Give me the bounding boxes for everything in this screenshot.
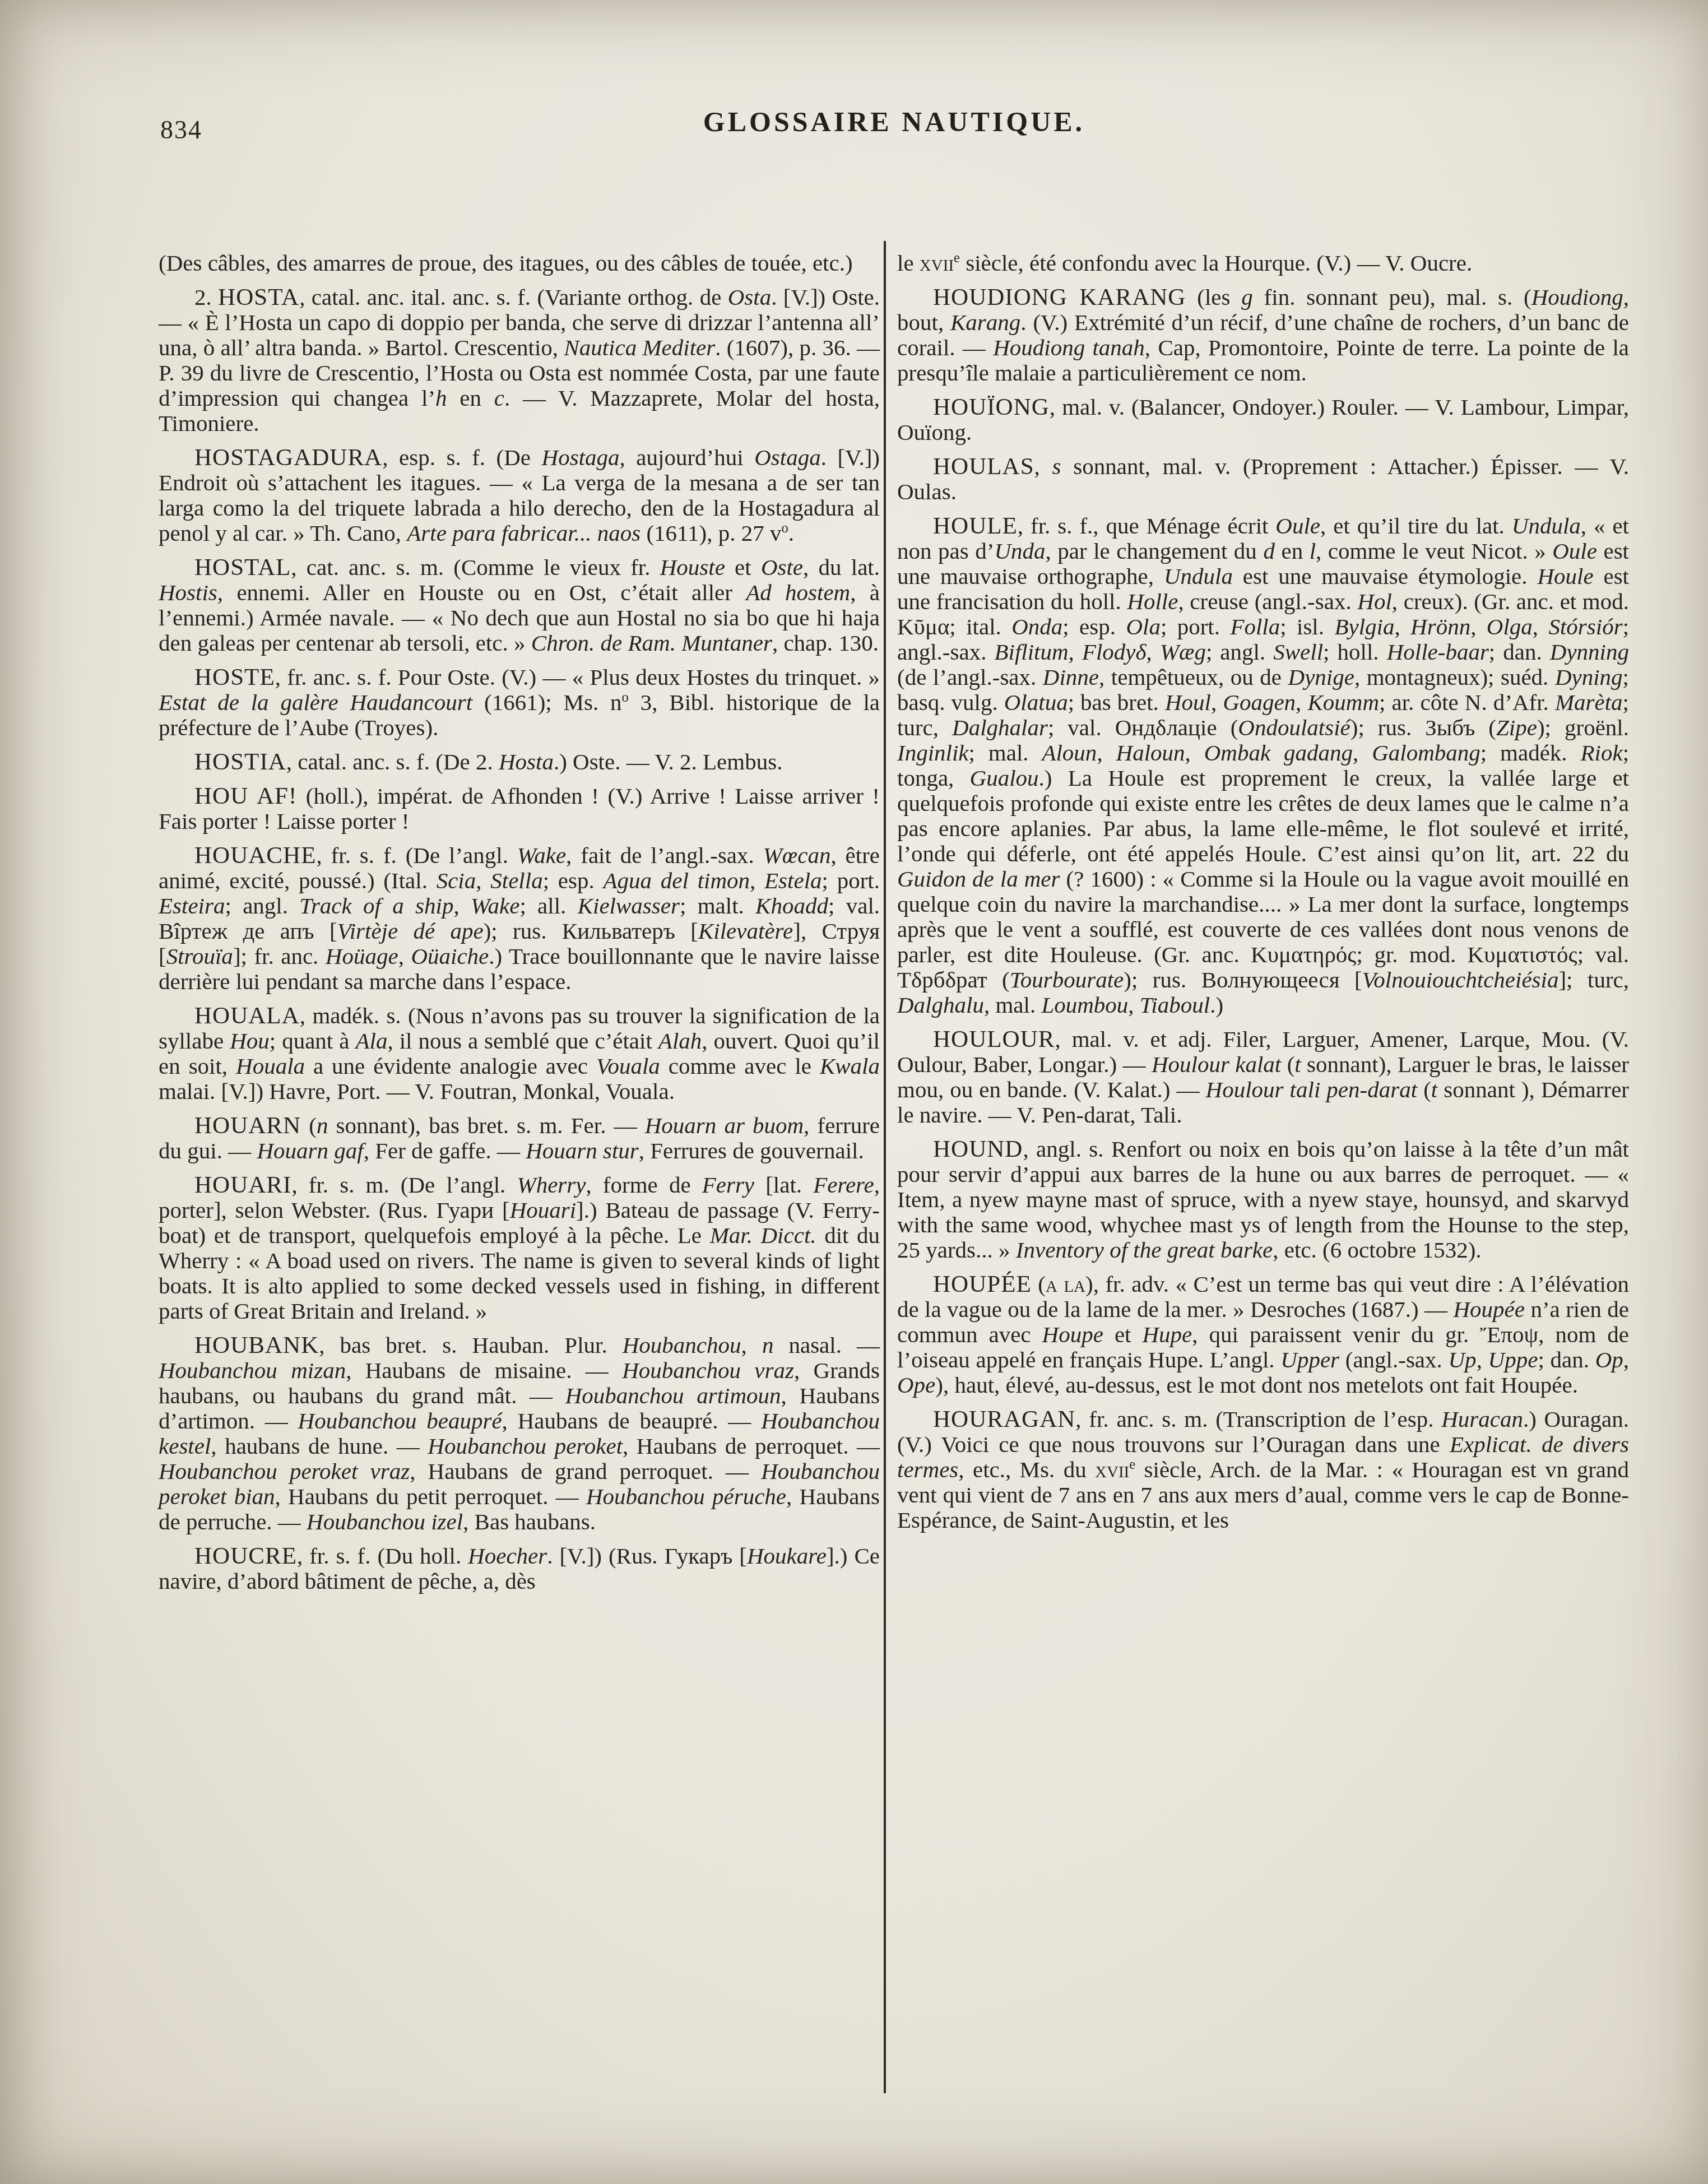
text-segment: n (317, 1112, 328, 1138)
text-segment: Houbanchou peroket vraz (159, 1458, 410, 1484)
text-segment: Mar. Dicct. (710, 1222, 816, 1248)
entry-headword: HOUDIONG KARANG (933, 284, 1186, 310)
text-segment: ; port. (822, 868, 880, 893)
text-segment: ; ar. côte N. d’Afr. (1379, 689, 1555, 715)
text-segment: , (1128, 992, 1140, 1018)
entry-headword: HOSTIA (194, 749, 286, 775)
text-segment: ), haut, élevé, au-dessus, est le mot do… (935, 1372, 1578, 1398)
text-segment: Wake (471, 893, 519, 919)
text-segment: Ad hostem (746, 579, 850, 605)
glossary-entry: HOURAGAN, fr. anc. s. m. (Transcription … (897, 1407, 1629, 1533)
page: 834 GLOSSAIRE NAUTIQUE. (Des câbles, des… (0, 0, 1708, 2184)
text-segment: en (1275, 538, 1310, 564)
entry-headword: HOULE (933, 513, 1018, 539)
text-segment: Houl (1165, 689, 1211, 715)
text-segment: Houle (1537, 563, 1593, 589)
text-segment: , (398, 943, 411, 969)
text-segment: en (447, 385, 494, 411)
text-segment: Hupe (1142, 1321, 1192, 1347)
text-segment: ); rus. Волнующееся [ (1124, 967, 1362, 993)
text-segment: Ostaga (754, 444, 820, 470)
text-segment: Gualou (970, 765, 1039, 791)
text-segment: .) Oste. — V. 2. Lembus. (554, 749, 782, 775)
text-segment: Zipe (1496, 715, 1537, 740)
text-segment: Riok (1580, 740, 1622, 766)
entry-headword: HOSTAGADURA (194, 444, 382, 471)
text-segment: Estela (764, 868, 821, 893)
text-segment: et (1103, 1321, 1143, 1347)
text-segment: ; quant à (270, 1028, 356, 1054)
glossary-entry: HOULE, fr. s. f., que Ménage écrit Oule,… (897, 513, 1629, 1018)
text-segment: , comme le veut Nicot. » (1316, 538, 1552, 564)
text-segment: ; malt. (680, 893, 755, 919)
text-segment: Agua del timon (603, 868, 750, 893)
text-segment: , chap. 130. (772, 630, 879, 656)
text-segment: (1661); Ms. n (472, 689, 621, 715)
text-segment: , (1533, 614, 1549, 639)
entry-headword: HOUCRE (194, 1543, 297, 1569)
text-segment: ]; turc, (1558, 967, 1629, 993)
text-segment: Dynning (1550, 639, 1629, 665)
text-segment: Ope (897, 1372, 935, 1398)
text-segment: Upper (1280, 1347, 1339, 1372)
text-segment: Houbanchou artimoun (565, 1383, 781, 1408)
text-segment: o (781, 521, 788, 536)
text-segment: n (762, 1332, 774, 1358)
text-segment: Virtèje dé ape (337, 918, 484, 944)
text-segment: Tourbourate (1010, 967, 1124, 993)
text-segment: , catal. anc. s. f. (De 2. (286, 749, 499, 775)
glossary-entry: HOUARI, fr. s. m. (De l’angl. Wherry, fo… (159, 1172, 880, 1324)
text-segment: Oste (761, 554, 803, 580)
text-segment: , cat. anc. s. m. (Comme le vieux fr. (291, 554, 660, 580)
text-segment: xvii (920, 250, 954, 276)
text-segment: ; angl. (225, 893, 299, 919)
text-segment: Khoadd (755, 893, 828, 919)
text-segment: , Haubans de misaine. — (346, 1357, 622, 1383)
text-segment: Scia (437, 868, 476, 893)
text-segment: Onda (1011, 614, 1062, 639)
text-segment: Houala (236, 1053, 305, 1079)
entry-headword: HOURAGAN (933, 1406, 1075, 1432)
text-segment: [lat. (754, 1172, 813, 1198)
column-divider (884, 241, 886, 2093)
text-segment: , bas bret. s. Hauban. Plur. (319, 1332, 623, 1358)
text-segment: Estat de la galère Haudancourt (159, 689, 472, 715)
text-segment: ; mal. (969, 740, 1042, 766)
text-segment: , (1353, 740, 1372, 766)
text-segment: , etc., Ms. du (958, 1457, 1095, 1482)
text-segment: Hou (230, 1028, 270, 1054)
glossary-entry: HOSTAGADURA, esp. s. f. (De Hostaga, auj… (159, 445, 880, 546)
text-segment: ; isl. (1280, 614, 1334, 639)
text-segment: ); rus. Кильватеръ [ (484, 918, 698, 944)
text-segment: ; angl. (1206, 639, 1273, 665)
text-segment: , (1185, 740, 1204, 766)
text-segment: g (1241, 284, 1253, 310)
text-segment: Wæg (1160, 639, 1206, 665)
entry-headword: HOSTAL (194, 554, 291, 581)
text-segment: Loumbou (1041, 992, 1128, 1018)
text-segment: Holle (1127, 588, 1178, 614)
text-segment: fin. sonnant peu), mal. s. ( (1253, 284, 1531, 310)
text-segment: , (1069, 639, 1082, 665)
entry-headword: HOSTE (194, 664, 275, 690)
text-segment: , fr. s. m. (De l’angl. (291, 1172, 517, 1198)
text-segment: Ala (355, 1028, 387, 1054)
text-segment: , (1296, 689, 1307, 715)
text-segment: Houarn stur (526, 1138, 639, 1163)
text-segment: , par le changement du (1045, 538, 1263, 564)
text-segment: ; esp. (1062, 614, 1126, 639)
text-segment: Dalghalu (897, 992, 984, 1018)
glossary-entry: 2. HOSTA, catal. anc. ital. anc. s. f. (… (159, 285, 880, 436)
text-segment: Kwala (820, 1053, 880, 1079)
glossary-entry: HOSTIA, catal. anc. s. f. (De 2. Hosta.)… (159, 749, 880, 775)
text-segment: Houarn ar buom (645, 1112, 804, 1138)
text-segment: , du lat. (803, 554, 880, 580)
text-segment: Hoecher (468, 1543, 547, 1569)
text-segment: Olatua (1004, 689, 1068, 715)
text-segment: , montagneux); suéd. (1354, 664, 1555, 690)
text-segment: Ondoulatsié (1238, 715, 1350, 740)
text-segment: ( (1032, 1271, 1046, 1297)
entry-headword: HOUACHE (194, 842, 316, 869)
text-segment: Houpe (1042, 1321, 1103, 1347)
text-segment: est une mauvaise étymologie. (1233, 563, 1538, 589)
entry-continuation: (Des câbles, des amarres de proue, des i… (159, 251, 880, 276)
text-segment: ; dan. (1538, 1347, 1595, 1372)
text-segment: Kilevatère (698, 918, 793, 944)
text-segment: , (1147, 639, 1160, 665)
text-segment: Koumm (1307, 689, 1379, 715)
text-segment: (1611), p. 27 v (640, 520, 781, 546)
text-segment: Inventory of the great barke (1016, 1237, 1273, 1263)
text-segment: Dinne (1043, 664, 1099, 690)
text-segment: xvii (1095, 1457, 1129, 1482)
glossary-entry: HOUACHE, fr. s. f. (De l’angl. Wake, fai… (159, 843, 880, 994)
text-segment: , (1477, 1347, 1488, 1372)
text-segment: Chron. de Ram. Muntaner (531, 630, 772, 656)
text-segment: Volnouiouchtcheiésia (1362, 967, 1559, 993)
text-segment: , Bas haubans. (463, 1509, 596, 1534)
page-title: GLOSSAIRE NAUTIQUE. (159, 105, 1630, 138)
text-segment: , (1211, 689, 1223, 715)
text-segment: ; all. (519, 893, 577, 919)
text-segment: Wake (517, 842, 566, 868)
text-segment: Track of a ship (299, 893, 453, 919)
text-segment: , etc. (6 octobre 1532). (1273, 1237, 1481, 1263)
text-segment: s (1052, 453, 1061, 479)
text-segment: Houpée (1454, 1296, 1525, 1322)
glossary-entry: HOUPÉE (a la), fr. adv. « C’est un terme… (897, 1272, 1629, 1398)
text-segment: , tempêtueux, ou de (1099, 664, 1288, 690)
text-segment: Alah (658, 1028, 702, 1054)
text-segment: (angl.-sax. (1339, 1347, 1448, 1372)
text-segment: e (1129, 1457, 1135, 1472)
text-segment: (les (1186, 284, 1241, 310)
text-segment: , et qu’il tire du lat. (1320, 513, 1512, 539)
text-segment: , fr. s. f. (Du holl. (297, 1543, 468, 1569)
text-segment: Uppe (1488, 1347, 1538, 1372)
text-segment: Tiaboul (1140, 992, 1210, 1018)
glossary-entry: HOSTAL, cat. anc. s. m. (Comme le vieux … (159, 555, 880, 656)
text-segment: Bylgia (1334, 614, 1394, 639)
text-segment: a la (1046, 1271, 1085, 1297)
text-segment: c (494, 385, 504, 411)
text-segment: Houdiong (1531, 284, 1623, 310)
text-segment: ; val. Ондδлаціе ( (1048, 715, 1238, 740)
text-segment: Houlour tali pen-darat (1206, 1077, 1418, 1102)
text-segment: Hoüage (326, 943, 398, 969)
text-segment: Holle-baar (1387, 639, 1489, 665)
text-segment: Unda (994, 538, 1045, 564)
text-segment: .) (1210, 992, 1223, 1018)
text-segment: Flodyδ (1082, 639, 1147, 665)
text-segment: o (622, 690, 629, 705)
text-segment: 2. (194, 284, 218, 310)
text-segment: t (1294, 1051, 1301, 1077)
text-segment: ; holl. (1323, 639, 1387, 665)
text-segment: , Fer de gaffe. — (364, 1138, 526, 1163)
text-segment: Hostaga (542, 444, 620, 470)
glossary-entry: HOUARN (n sonnant), bas bret. s. m. Fer.… (159, 1113, 880, 1163)
text-segment: et (725, 554, 761, 580)
text-segment: le (897, 250, 920, 276)
text-segment: ); groënl. (1537, 715, 1629, 740)
text-segment: , (476, 868, 490, 893)
glossary-entry: HOUND, angl. s. Renfort ou noix en bois … (897, 1137, 1629, 1263)
text-segment: Goagen (1223, 689, 1296, 715)
text-segment: Op (1595, 1347, 1623, 1372)
text-segment: , fr. s. f., que Ménage écrit (1018, 513, 1276, 539)
text-segment: t (1431, 1077, 1437, 1102)
text-segment: , (741, 1332, 762, 1358)
text-segment: , creuse (angl.-sax. (1178, 588, 1357, 614)
text-segment: , Haubans de grand perroquet. — (410, 1458, 761, 1484)
text-segment: Stórsiór (1548, 614, 1622, 639)
text-segment: Wherry (517, 1172, 586, 1198)
text-segment: , fr. s. f. (De l’angl. (316, 842, 517, 868)
text-segment: (Des câbles, des amarres de proue, des i… (159, 250, 853, 276)
glossary-entry: HOSTE, fr. anc. s. f. Pour Oste. (V.) — … (159, 665, 880, 740)
text-segment: sonnant), bas bret. s. m. Fer. — (328, 1112, 644, 1138)
text-segment: nasal. — (773, 1332, 880, 1358)
entry-headword: HOU AF! (194, 783, 297, 809)
text-segment: , (750, 868, 764, 893)
text-segment: Houbanchou peroket (428, 1433, 623, 1459)
text-segment: Stella (490, 868, 542, 893)
text-segment: Ola (1126, 614, 1161, 639)
text-segment: Huracan (1441, 1406, 1523, 1432)
text-segment: Houari (510, 1197, 576, 1223)
text-segment: Undula (1164, 563, 1233, 589)
text-segment: malai. [V.]) Havre, Port. — V. Foutran, … (159, 1078, 675, 1104)
text-segment: , haubans de hune. — (211, 1433, 428, 1459)
text-segment: , Haubans de beaupré. — (502, 1408, 762, 1434)
text-segment: Houbanchou mizan (159, 1357, 346, 1383)
entry-headword: HOUALA (194, 1003, 300, 1029)
entry-headword: HOUARI (194, 1172, 291, 1198)
text-segment: ); rus. Зыбъ ( (1350, 715, 1496, 740)
text-segment: , fr. anc. s. m. (Transcription de l’esp… (1075, 1406, 1441, 1432)
entry-headword: HOSTA (218, 284, 299, 310)
text-segment: Undula (1512, 513, 1581, 539)
glossary-entry: HOUALA, madék. s. (Nous n’avons pas su t… (159, 1003, 880, 1104)
text-segment: Houste (660, 554, 725, 580)
text-segment: ; esp. (543, 868, 604, 893)
text-segment: Osta (728, 284, 771, 310)
text-segment: h (435, 385, 447, 411)
text-segment: , aujourd’hui (620, 444, 755, 470)
text-segment: Houbanchou péruche (586, 1483, 786, 1509)
text-segment: , ennemi. Aller en Houste ou en Ost, c’é… (217, 579, 746, 605)
text-segment: Houbanchou izel (307, 1509, 463, 1534)
text-segment: ; port. (1161, 614, 1230, 639)
glossary-entry: HOU AF! (holl.), impérat. de Afhonden ! … (159, 783, 880, 834)
text-segment: Aloun (1042, 740, 1097, 766)
text-segment: Swell (1273, 639, 1323, 665)
text-segment: , fait de l’angl.-sax. (566, 842, 763, 868)
text-segment: Kielwasser (578, 893, 680, 919)
entry-continuation: le xviie siècle, été confondu avec la Ho… (897, 251, 1629, 276)
text-segment: , Haubans de perroquet. — (623, 1433, 880, 1459)
entry-headword: HOUND (933, 1136, 1023, 1162)
entry-headword: HOULOUR (933, 1026, 1055, 1052)
entry-headword: HOUBANK (194, 1332, 319, 1358)
text-segment: , Haubans du petit perroquet. — (275, 1483, 586, 1509)
text-segment: ( (1281, 1051, 1294, 1077)
text-segment: , catal. anc. ital. anc. s. f. (Variante… (299, 284, 728, 310)
text-segment: . [V.]) (Rus. Гукаръ [ (547, 1543, 747, 1569)
text-segment: Vouala (596, 1053, 660, 1079)
text-segment: , (1394, 614, 1410, 639)
glossary-entry: HOUBANK, bas bret. s. Hauban. Plur. Houb… (159, 1333, 880, 1534)
text-segment: Marèta (1555, 689, 1623, 715)
text-segment: (de l’angl.-sax. (897, 664, 1043, 690)
text-segment: Houkare (747, 1543, 827, 1569)
text-segment: Strouïa (166, 943, 233, 969)
text-segment: , fr. anc. s. f. Pour Oste. (V.) — « Plu… (275, 664, 880, 690)
text-segment: Hrönn (1410, 614, 1470, 639)
text-segment: , il nous a semblé que c’était (387, 1028, 658, 1054)
column-right: le xviie siècle, été confondu avec la Ho… (897, 251, 1629, 1533)
text-segment: , esp. s. f. (De (382, 444, 541, 470)
text-segment: Galombang (1372, 740, 1480, 766)
entry-headword: HOUÏONG (933, 394, 1050, 420)
text-segment: ( (1417, 1077, 1431, 1102)
text-segment: Hostis (159, 579, 217, 605)
text-segment: Houlour kalat (1152, 1051, 1281, 1077)
glossary-entry: HOUÏONG, mal. v. (Balancer, Ondoyer.) Ro… (897, 395, 1629, 445)
text-segment: Houbanchou vraz (622, 1357, 794, 1383)
text-segment: , mal. (984, 992, 1041, 1018)
text-segment: Esteira (159, 893, 225, 919)
text-segment: Dyning (1555, 664, 1623, 690)
text-segment: ; madék. (1480, 740, 1581, 766)
entry-headword: HOUPÉE (933, 1271, 1032, 1297)
glossary-entry: HOUCRE, fr. s. f. (Du holl. Hoecher. [V.… (159, 1543, 880, 1594)
text-segment: siècle, été confondu avec la Hourque. (V… (960, 250, 1472, 276)
text-segment: , (453, 893, 471, 919)
text-segment: ( (301, 1112, 317, 1138)
text-segment: Dynige (1288, 664, 1354, 690)
text-segment: Folla (1230, 614, 1280, 639)
text-segment: Hol (1357, 588, 1392, 614)
text-segment: Inginlik (897, 740, 969, 766)
text-segment: l (1310, 538, 1316, 564)
text-segment: , Ferrures de gouvernail. (639, 1138, 864, 1163)
glossary-entry: HOULOUR, mal. v. et adj. Filer, Larguer,… (897, 1027, 1629, 1128)
text-segment: Ombak gadang (1204, 740, 1353, 766)
text-segment: . (788, 520, 794, 546)
entry-headword: HOUARN (194, 1112, 301, 1139)
text-segment: Houbanchou beaupré (298, 1408, 502, 1434)
text-segment: comme avec le (660, 1053, 820, 1079)
text-segment: Ferere (813, 1172, 874, 1198)
text-segment: Karang (950, 309, 1020, 335)
text-segment: Hosta (499, 749, 554, 775)
text-segment: ]; fr. anc. (233, 943, 326, 969)
column-left: (Des câbles, des amarres de proue, des i… (159, 251, 880, 1594)
text-segment: a une évidente analogie avec (305, 1053, 596, 1079)
text-segment: , (1097, 740, 1116, 766)
text-segment: Arte para fabricar... naos (407, 520, 640, 546)
text-segment: , (1623, 1347, 1629, 1372)
text-segment: Dalghalar (952, 715, 1048, 740)
text-segment: , (1470, 614, 1487, 639)
text-segment: Ferry (702, 1172, 754, 1198)
text-segment: Oule (1552, 538, 1597, 564)
text-segment: ; bas bret. (1068, 689, 1165, 715)
text-segment: Olga (1487, 614, 1533, 639)
glossary-entry: HOULAS, s sonnant, mal. v. (Proprement :… (897, 454, 1629, 504)
text-segment: Houarn gaf (257, 1138, 363, 1163)
entry-headword: HOULAS (933, 453, 1034, 480)
text-segment: , (1034, 453, 1052, 479)
text-segment: , forme de (586, 1172, 702, 1198)
text-segment: Wœcan (763, 842, 831, 868)
text-segment: Houbanchou (623, 1332, 741, 1358)
text-segment: Oüaiche (411, 943, 489, 969)
text-segment: Oule (1275, 513, 1320, 539)
text-segment: Up (1449, 1347, 1477, 1372)
text-segment: e (954, 251, 960, 266)
text-segment: Nautica Mediter (564, 335, 715, 360)
glossary-entry: HOUDIONG KARANG (les g fin. sonnant peu)… (897, 285, 1629, 386)
text-segment: Haloun (1116, 740, 1185, 766)
text-segment: ; dan. (1489, 639, 1550, 665)
text-segment: Biflitum (994, 639, 1068, 665)
text-segment: d (1263, 538, 1275, 564)
text-segment: Guidon de la mer (897, 866, 1060, 892)
text-segment: Houdiong tanah (993, 335, 1145, 360)
